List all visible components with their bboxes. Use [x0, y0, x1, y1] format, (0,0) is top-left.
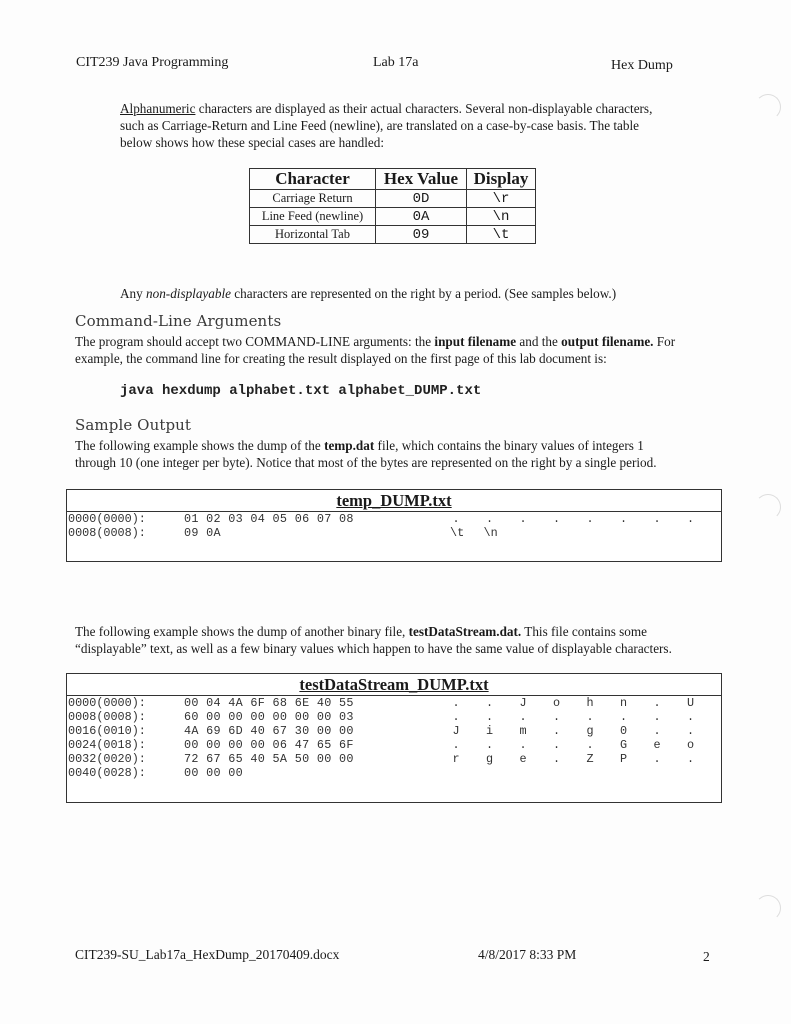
note-text: characters are represented on the right … — [231, 286, 616, 301]
col-header-hex-value: Hex Value — [376, 169, 467, 190]
dump-char: m — [517, 724, 529, 738]
dump-row: 0024(0018):00 00 00 00 06 47 65 6F.....G… — [67, 738, 721, 752]
temp-dump-box: temp_DUMP.txt 0000(0000):01 02 03 04 05 … — [66, 489, 722, 562]
dump-char: . — [651, 724, 663, 738]
note-italic: non-displayable — [146, 286, 231, 301]
example-line-2: “displayable” text, as well as a few bin… — [75, 640, 735, 657]
dump-char: . — [551, 752, 563, 766]
dump-char: . — [551, 738, 563, 752]
dump-char: U — [685, 696, 697, 710]
section-heading-sample: Sample Output — [75, 416, 191, 434]
dump-char: . — [584, 738, 596, 752]
dump-hex-bytes: 4A 69 6D 40 67 30 00 00 — [184, 724, 354, 738]
dump-address: 0016(0010): — [68, 724, 146, 738]
dump-row: 0000(0000):01 02 03 04 05 06 07 08......… — [67, 512, 721, 526]
dump-char: n — [618, 696, 630, 710]
dump-title: temp_DUMP.txt — [67, 490, 721, 512]
cell-character: Carriage Return — [250, 190, 376, 208]
dump-char: . — [651, 752, 663, 766]
intro-line-1: characters are displayed as their actual… — [195, 101, 652, 116]
dump-char: i — [484, 724, 496, 738]
dump-char: J — [450, 724, 462, 738]
dump-rows: 0000(0000):01 02 03 04 05 06 07 08......… — [67, 512, 721, 540]
dump-char: . — [484, 738, 496, 752]
dump-char: . — [551, 512, 563, 526]
dump-char: . — [450, 710, 462, 724]
dump-hex-bytes: 60 00 00 00 00 00 00 03 — [184, 710, 354, 724]
sample-paragraph: The following example shows the dump of … — [75, 437, 735, 471]
dump-char: . — [685, 512, 697, 526]
dump-char: G — [618, 738, 630, 752]
testdatastream-term: testDataStream.dat. — [409, 624, 522, 639]
dump-char: Z — [584, 752, 596, 766]
dump-char: \t — [450, 526, 462, 540]
testdatastream-dump-box: testDataStream_DUMP.txt 0000(0000):00 04… — [66, 673, 722, 803]
col-header-display: Display — [467, 169, 536, 190]
dump-address: 0000(0000): — [68, 696, 146, 710]
footer-filename: CIT239-SU_Lab17a_HexDump_20170409.docx — [75, 947, 339, 963]
table-row: Horizontal Tab 09 \t — [250, 226, 536, 244]
dump-hex-bytes: 09 0A — [184, 526, 221, 540]
command-example: java hexdump alphabet.txt alphabet_DUMP.… — [120, 383, 481, 399]
hole-punch-mark — [755, 94, 781, 120]
dump-address: 0024(0018): — [68, 738, 146, 752]
dump-char: o — [685, 738, 697, 752]
cell-display: \n — [467, 208, 536, 226]
dump-char: . — [651, 710, 663, 724]
sample-text: The following example shows the dump of … — [75, 438, 324, 453]
dump-char: 0 — [618, 724, 630, 738]
cmdline-text: The program should accept two COMMAND-LI… — [75, 334, 434, 349]
example-text: The following example shows the dump of … — [75, 624, 409, 639]
hole-punch-mark — [755, 895, 781, 921]
input-filename-term: input filename — [434, 334, 516, 349]
dump-address: 0008(0008): — [68, 526, 146, 540]
table-row: Line Feed (newline) 0A \n — [250, 208, 536, 226]
dump-char: . — [450, 738, 462, 752]
dump-address: 0032(0020): — [68, 752, 146, 766]
temp-dat-term: temp.dat — [324, 438, 374, 453]
dump-char: . — [685, 724, 697, 738]
dump-title-text: temp_DUMP.txt — [336, 491, 451, 510]
output-filename-term: output filename. — [561, 334, 653, 349]
dump-char: o — [551, 696, 563, 710]
col-header-character: Character — [250, 169, 376, 190]
dump-char: . — [517, 738, 529, 752]
dump-char: . — [484, 512, 496, 526]
dump-char: g — [584, 724, 596, 738]
dump-title: testDataStream_DUMP.txt — [67, 674, 721, 696]
dump-char: r — [450, 752, 462, 766]
dump-char: . — [685, 752, 697, 766]
cmdline-line-2: example, the command line for creating t… — [75, 350, 735, 367]
cell-display: \t — [467, 226, 536, 244]
dump-row: 0040(0028):00 00 00 — [67, 766, 721, 780]
dump-char: . — [584, 512, 596, 526]
dump-rows: 0000(0000):00 04 4A 6F 68 6E 40 55..John… — [67, 696, 721, 780]
dump-char: . — [551, 724, 563, 738]
dump-char: e — [651, 738, 663, 752]
cell-character: Line Feed (newline) — [250, 208, 376, 226]
dump-row: 0016(0010):4A 69 6D 40 67 30 00 00Jim.g0… — [67, 724, 721, 738]
dump-address: 0000(0000): — [68, 512, 146, 526]
header-lab: Lab 17a — [373, 55, 418, 71]
dump-row: 0008(0008):09 0A\t\n — [67, 526, 721, 540]
dump-char: . — [618, 710, 630, 724]
dump-title-text: testDataStream_DUMP.txt — [299, 675, 488, 694]
dump-char: . — [651, 512, 663, 526]
dump-char: . — [517, 512, 529, 526]
dump-hex-bytes: 72 67 65 40 5A 50 00 00 — [184, 752, 354, 766]
second-example-paragraph: The following example shows the dump of … — [75, 623, 735, 657]
cell-display: \r — [467, 190, 536, 208]
hole-punch-mark — [755, 494, 781, 520]
special-characters-table: Character Hex Value Display Carriage Ret… — [249, 168, 536, 244]
cell-hex: 09 — [376, 226, 467, 244]
dump-address: 0008(0008): — [68, 710, 146, 724]
footer-datetime: 4/8/2017 8:33 PM — [478, 947, 576, 963]
header-topic: Hex Dump — [611, 58, 673, 74]
note-text: Any — [120, 286, 146, 301]
cmdline-text: For — [653, 334, 675, 349]
dump-row: 0000(0000):00 04 4A 6F 68 6E 40 55..John… — [67, 696, 721, 710]
dump-hex-bytes: 00 00 00 — [184, 766, 243, 780]
cmdline-paragraph: The program should accept two COMMAND-LI… — [75, 333, 735, 367]
dump-char: . — [651, 696, 663, 710]
dump-char: J — [517, 696, 529, 710]
sample-line-2: through 10 (one integer per byte). Notic… — [75, 454, 735, 471]
cell-hex: 0A — [376, 208, 467, 226]
header-course: CIT239 Java Programming — [76, 55, 228, 71]
dump-char: P — [618, 752, 630, 766]
cell-hex: 0D — [376, 190, 467, 208]
footer-page-number: 2 — [703, 949, 710, 965]
dump-char: e — [517, 752, 529, 766]
dump-char: . — [551, 710, 563, 724]
sample-text: file, which contains the binary values o… — [374, 438, 644, 453]
example-text: This file contains some — [521, 624, 647, 639]
table-row: Carriage Return 0D \r — [250, 190, 536, 208]
dump-row: 0032(0020):72 67 65 40 5A 50 00 00rge.ZP… — [67, 752, 721, 766]
dump-address: 0040(0028): — [68, 766, 146, 780]
dump-char: . — [517, 710, 529, 724]
cell-character: Horizontal Tab — [250, 226, 376, 244]
dump-row: 0008(0008):60 00 00 00 00 00 00 03......… — [67, 710, 721, 724]
dump-char: . — [450, 696, 462, 710]
dump-hex-bytes: 01 02 03 04 05 06 07 08 — [184, 512, 354, 526]
dump-char: . — [450, 512, 462, 526]
dump-char: . — [685, 710, 697, 724]
dump-hex-bytes: 00 04 4A 6F 68 6E 40 55 — [184, 696, 354, 710]
intro-paragraph: Alphanumeric characters are displayed as… — [120, 100, 720, 151]
dump-char: . — [618, 512, 630, 526]
dump-char: g — [484, 752, 496, 766]
intro-line-3: below shows how these special cases are … — [120, 134, 720, 151]
dump-hex-bytes: 00 00 00 00 06 47 65 6F — [184, 738, 354, 752]
dump-char: \n — [484, 526, 496, 540]
dump-char: . — [484, 710, 496, 724]
dump-char: h — [584, 696, 596, 710]
section-heading-cmdline: Command-Line Arguments — [75, 312, 281, 330]
nondisplay-note: Any non-displayable characters are repre… — [120, 285, 616, 302]
cmdline-text: and the — [516, 334, 561, 349]
intro-line-2: such as Carriage-Return and Line Feed (n… — [120, 117, 720, 134]
dump-char: . — [484, 696, 496, 710]
alphanumeric-term: Alphanumeric — [120, 101, 195, 116]
dump-char: . — [584, 710, 596, 724]
